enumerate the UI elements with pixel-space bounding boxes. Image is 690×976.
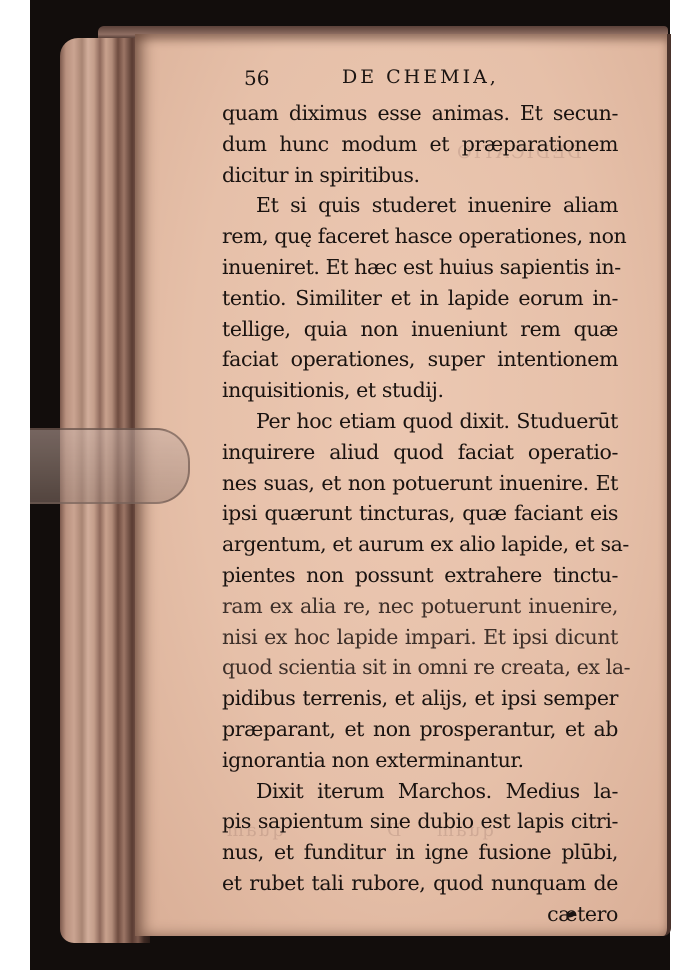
paragraph-start-line: Dixit iterum Marchos. Medius la- — [222, 776, 618, 807]
page-header: 56 DE CHEMIA, — [244, 66, 624, 92]
text-line: inueniret. Et hæc est huius sapientis in… — [222, 252, 618, 283]
text-line: tentio. Similiter et in lapide eorum in- — [222, 283, 618, 314]
text-line: argentum, et aurum ex alio lapide, et sa… — [222, 529, 618, 560]
text-line: inquirere aliud quod faciat operatio- — [222, 437, 618, 468]
page-holder-clip — [30, 428, 190, 504]
text-line: pidibus terrenis, et alijs, et ipsi semp… — [222, 683, 618, 714]
text-line: inquisitionis, et studij. — [222, 375, 618, 406]
text-line: ram ex alia re, nec potuerunt inuenire, — [222, 591, 618, 622]
text-line: quam diximus esse animas. Et secun- — [222, 98, 618, 129]
text-line: ipsi quærunt tincturas, quæ faciant eis — [222, 498, 618, 529]
text-line: pis sapientum sine dubio est lapis citri… — [222, 806, 618, 837]
paragraph-start-line: Et si quis studeret inuenire aliam — [222, 190, 618, 221]
text-line: nus, et funditur in igne fusione plūbi, — [222, 837, 618, 868]
page-number: 56 — [244, 66, 269, 90]
text-line: præparant, et non prosperantur, et ab — [222, 714, 618, 745]
text-line: dum hunc modum et præparationem — [222, 129, 618, 160]
text-line: pientes non possunt extrahere tinctu- — [222, 560, 618, 591]
catchword: cætero — [222, 899, 618, 930]
text-line: dicitur in spiritibus. — [222, 160, 618, 191]
running-title: DE CHEMIA, — [342, 66, 499, 88]
text-line: tellige, quia non inueniunt rem quæ — [222, 314, 618, 345]
body-text: quam diximus esse animas. Et secun- dum … — [222, 98, 618, 930]
text-line: et rubet tali rubore, quod nunquam de — [222, 868, 618, 899]
text-line: faciat operationes, super intentionem — [222, 344, 618, 375]
paragraph-start-line: Per hoc etiam quod dixit. Studuerūt — [222, 406, 618, 437]
text-line: nes suas, et non potuerunt inuenire. Et — [222, 468, 618, 499]
text-line: nisi ex hoc lapide impari. Et ipsi dicun… — [222, 622, 618, 653]
text-line: rem, quę faceret hasce operationes, non — [222, 221, 618, 252]
text-line: ignorantia non exterminantur. — [222, 745, 618, 776]
text-line: quod scientia sit in omni re creata, ex … — [222, 652, 618, 683]
